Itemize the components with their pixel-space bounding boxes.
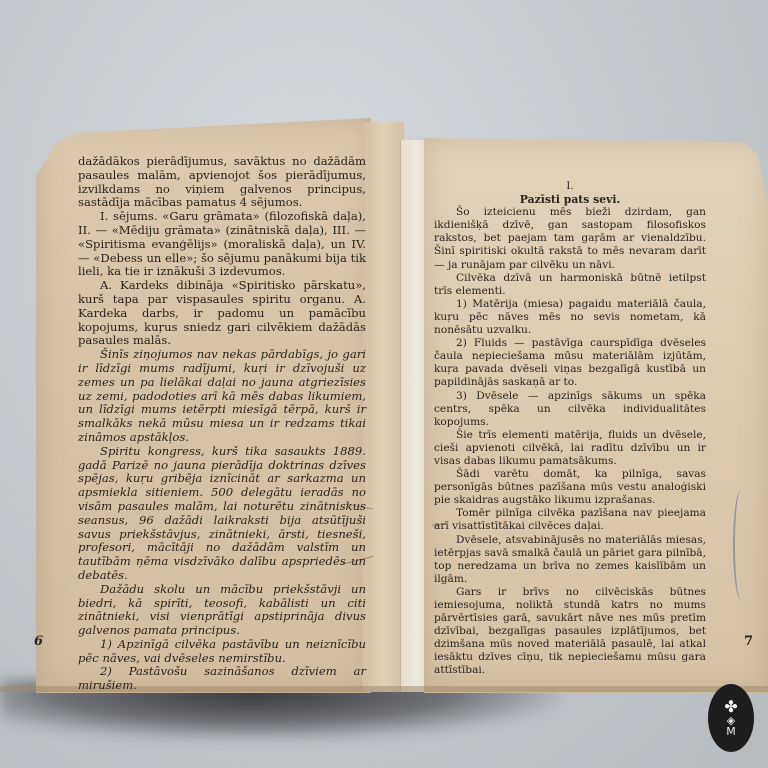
right-page-text: I. Pazīsti pats sevi. Šo izteicienu mēs … <box>434 180 706 678</box>
logo-letter: M <box>726 726 736 738</box>
list-item: 2) Pastāvošu sazināšanos dzīviem ar miru… <box>78 665 366 693</box>
page-number-left: 6 <box>34 634 43 649</box>
diamond-icon: ◈ <box>727 715 735 726</box>
paragraph: I. sējums. «Garu grāmata» (filozofiskā d… <box>78 210 366 279</box>
list-item: 2) Fluids — pastāvīga caurspīdīga dvēsel… <box>434 337 706 389</box>
paragraph: Šinīs ziņojumos nav nekas pārdabīgs, jo … <box>78 348 366 445</box>
paragraph: Gars ir brīvs no cilvēciskās būtnes iemi… <box>434 586 706 678</box>
paragraph: Šādi varētu domāt, ka pilnīga, savas per… <box>434 468 706 507</box>
flower-icon: ✤ <box>724 699 737 715</box>
paragraph: Tomēr pilnīga cilvēka pazīšana nav pieej… <box>434 507 706 533</box>
chapter-number: I. <box>434 180 706 193</box>
list-item: 1) Matērija (miesa) pagaidu materiālā ča… <box>434 298 706 337</box>
paragraph: Spiritu kongress, kurš tika sasaukts 188… <box>78 445 366 583</box>
paragraph: Šie trīs elementi matērija, fluids un dv… <box>434 429 706 468</box>
paragraph: Dvēsele, atsvabinājusēs no materiālās mi… <box>434 534 706 586</box>
list-item: 1) Apzinīgā cilvēka pastāvību un neiznīc… <box>78 638 366 666</box>
paragraph: A. Kardeks dibināja «Spiritisko pārskatu… <box>78 279 366 348</box>
left-page-text: dažādākos pierādījumus, savāktus no dažā… <box>78 155 366 693</box>
paragraph: Dažādu skolu un mācību priekšstāvji un b… <box>78 583 366 638</box>
paragraph: dažādākos pierādījumus, savāktus no dažā… <box>78 155 366 210</box>
watermark-logo: ✤ ◈ M <box>708 684 754 752</box>
paragraph: Cilvēka dzīvā un harmoniskā būtnē ietilp… <box>434 272 706 298</box>
list-item: 3) Dvēsele — apzinīgs sākums un spēka ce… <box>434 390 706 429</box>
paragraph: Šo izteicienu mēs bieži dzirdam, gan ikd… <box>434 206 706 271</box>
page-number-right: 7 <box>744 634 753 649</box>
book-spine-fold <box>362 122 404 692</box>
chapter-title: Pazīsti pats sevi. <box>434 193 706 206</box>
blue-pen-mark <box>733 490 749 600</box>
open-book: dažādākos pierādījumus, savāktus no dažā… <box>0 0 768 768</box>
